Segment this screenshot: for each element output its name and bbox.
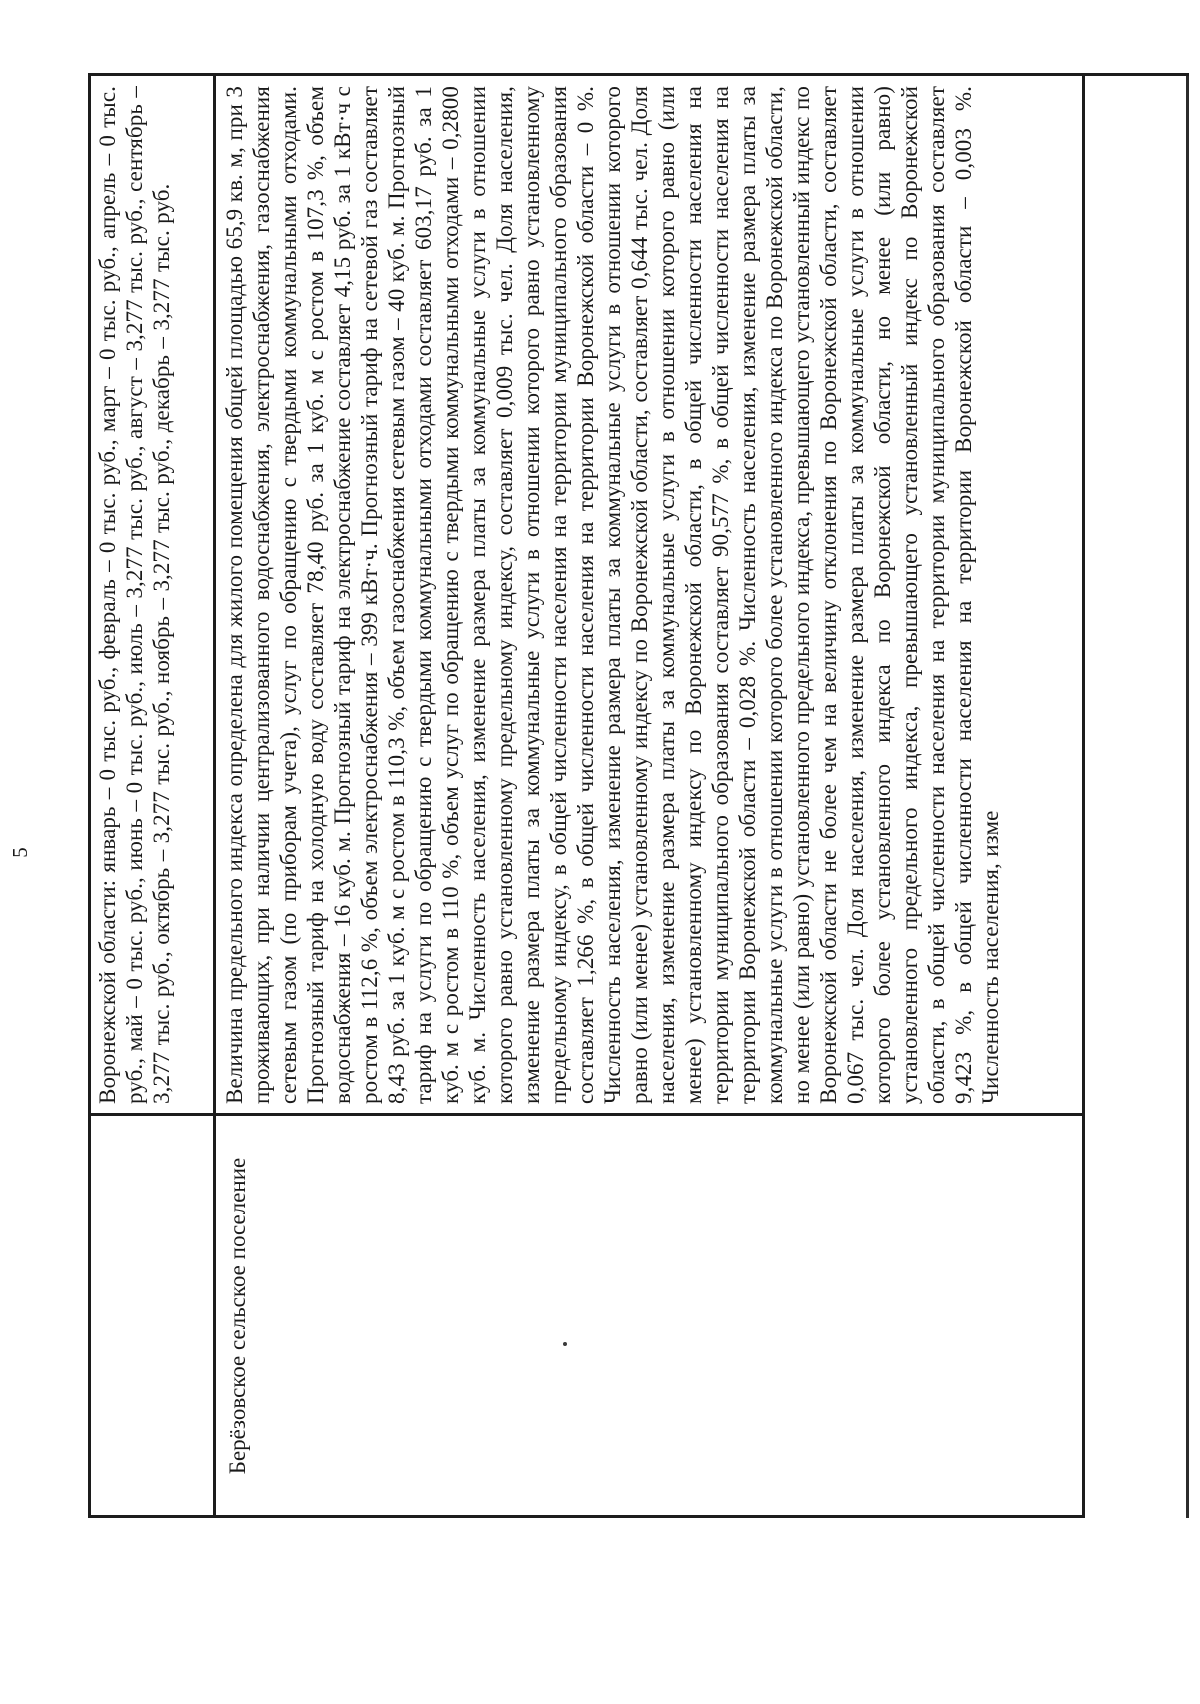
landscape-page-content: 5 Воронежской области: январь – 0 тыс. р… (0, 0, 1200, 1704)
scanned-document-page: 5 Воронежской области: январь – 0 тыс. р… (0, 0, 1200, 1704)
table-border-top (88, 74, 91, 1518)
table-border-row-divider (213, 74, 216, 1518)
page-break-edge-line (1186, 74, 1189, 1518)
table-border-left (88, 1515, 1085, 1518)
table-cell-continuation-text: Воронежской области: январь – 0 тыс. руб… (94, 86, 210, 1104)
table-border-bottom (1082, 74, 1085, 1518)
table-border-right (88, 73, 1189, 76)
table-cell-settlement-details: Величина предельного индекса определена … (221, 86, 1079, 1104)
table-cell-settlement-name: Берёзовское сельское поселение (224, 1124, 251, 1508)
scan-artifact-dot (563, 1342, 567, 1346)
table-border-column-divider (88, 1113, 1085, 1116)
page-number: 5 (8, 0, 33, 1704)
